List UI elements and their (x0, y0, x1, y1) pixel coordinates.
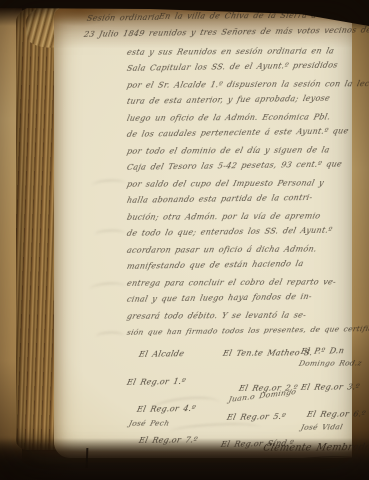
bottom-left-shadow (0, 410, 120, 480)
signature-label: El Reg.or 5.º (226, 412, 287, 422)
signature-label: El Reg.or 3.º (300, 383, 361, 392)
manuscript-line: por el Sr. Alcalde 1.º dispusieron la se… (126, 79, 369, 90)
manuscript-line: acordaron pasar un oficio á dicha Admón. (126, 245, 318, 255)
signature-name: José Vidal (300, 422, 344, 432)
manuscript-line: bución; otra Admón. por la vía de apremi… (126, 212, 321, 222)
signature-label: El Reg.or 1.º (126, 377, 187, 387)
signature-label: El Reg.or 6.º (306, 410, 367, 419)
manuscript-line: por saldo del cupo del Impuesto Personal… (126, 179, 325, 189)
facing-page-edge (352, 0, 369, 480)
signature-label: El Alcalde (138, 349, 185, 359)
manuscript-line: luego un oficio de la Admón. Económica P… (126, 113, 331, 123)
session-label: Sesión ordinaria (86, 13, 161, 23)
signature-name: Domingo Rod.z (298, 359, 363, 368)
manuscript-photo: Sesión ordinaria En la villa de Chiva de… (0, 0, 369, 480)
signature-name: José Pech (128, 419, 170, 428)
manuscript-line: por todo el dominio de el día y siguen d… (126, 146, 331, 156)
signature-label: El Reg.or 4.º (136, 404, 197, 414)
manuscript-line: esta y sus Reunidos en sesión ordinaria … (126, 47, 335, 57)
signature-label: El P.º D.n (300, 346, 345, 356)
manuscript-line: entrega para concluir el cobro del repar… (126, 278, 337, 288)
manuscript-line: gresará todo débito. Y se levantó la se- (126, 311, 307, 321)
